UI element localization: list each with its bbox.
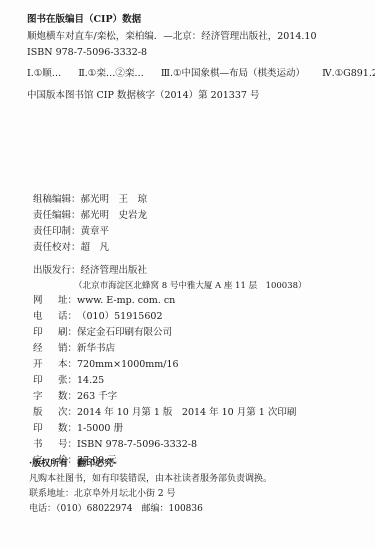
publisher-address: （北京市海淀区北蜂窝 8 号中雅大厦 A 座 11 层 100038）: [74, 280, 307, 292]
detail-value: 14.25: [77, 375, 104, 387]
classification-1: Ⅰ.①顺…: [27, 68, 61, 79]
detail-value: 保定金石印刷有限公司: [77, 327, 172, 339]
detail-row: 印张：14.25: [33, 375, 104, 387]
detail-value: 新华书店: [77, 343, 115, 355]
detail-row: 经销：新华书店: [33, 343, 115, 355]
detail-label-char: 字: [33, 391, 43, 403]
detail-label-char: 次：: [58, 407, 77, 419]
classification-3: Ⅲ.①中国象棋—布局（棋类运动）: [161, 68, 305, 79]
detail-value: 263 千字: [77, 391, 117, 403]
detail-label-char: 版: [33, 407, 43, 419]
publisher-name: 经济管理出版社: [81, 265, 148, 276]
detail-label-char: 印: [33, 423, 43, 435]
detail-row: 印刷：保定金石印刷有限公司: [33, 327, 172, 339]
detail-row: 电话：（010）51915602: [33, 311, 163, 323]
staff-value: 郝光明 王 琼: [81, 194, 148, 205]
cip-title-line: 顺炮横车对直车/栾松，栾柏编．—北京：经济管理出版社，2014.10: [27, 31, 317, 43]
detail-row: 书号：ISBN 978-7-5096-3332-8: [33, 439, 197, 451]
publisher-label: 出版发行：: [33, 265, 81, 276]
detail-value: 720mm×1000mm/16: [77, 359, 179, 371]
detail-label-char: 张：: [58, 375, 77, 387]
staff-row: 组稿编辑：郝光明 王 琼: [33, 194, 147, 206]
cip-heading: 图书在版编目（CIP）数据: [27, 14, 141, 26]
detail-label-char: 话：: [58, 311, 77, 323]
detail-value: 2014 年 10 月第 1 版 2014 年 10 月第 1 次印刷: [77, 407, 296, 419]
staff-label: 责任校对：: [33, 242, 81, 253]
detail-value: www. E-mp. com. cn: [77, 295, 175, 307]
detail-value: 1-5000 册: [77, 423, 123, 435]
copyright-notice: 凡购本社图书，如有印装错误，由本社读者服务部负责调换。: [29, 473, 272, 485]
detail-label-char: 开: [33, 359, 43, 371]
detail-label-char: 数：: [58, 423, 77, 435]
detail-row: 印数：1-5000 册: [33, 423, 123, 435]
detail-label-char: 经: [33, 343, 43, 355]
staff-row: 责任印制：黄章平: [33, 226, 109, 238]
publisher-row: 出版发行：经济管理出版社: [33, 265, 147, 277]
cip-library-record: 中国版本图书馆 CIP 数据核字（2014）第 201337 号: [27, 90, 259, 102]
detail-label-char: 数：: [58, 391, 77, 403]
detail-label-char: 刷：: [58, 327, 77, 339]
staff-value: 郝光明 史岩龙: [81, 210, 148, 221]
staff-row: 责任校对：超 凡: [33, 242, 109, 254]
detail-label-char: 址：: [58, 295, 77, 307]
detail-label-char: 印: [33, 327, 43, 339]
detail-label-char: 印: [33, 375, 43, 387]
detail-label-char: 电: [33, 311, 43, 323]
contact-phone: 电话：（010）68022974 邮编：100836: [29, 503, 203, 515]
staff-value: 黄章平: [81, 226, 110, 237]
detail-value: ISBN 978-7-5096-3332-8: [77, 439, 197, 451]
staff-label: 责任编辑：: [33, 210, 81, 221]
staff-row: 责任编辑：郝光明 史岩龙: [33, 210, 147, 222]
copyright-heading: ·版权所有 翻印必究·: [29, 458, 116, 470]
classification-2: Ⅱ.①栾…②栾…: [78, 68, 144, 79]
detail-label-char: 网: [33, 295, 43, 307]
classification-4: Ⅳ.①G891.2: [322, 68, 375, 79]
staff-value: 超 凡: [81, 242, 110, 253]
staff-label: 责任印制：: [33, 226, 81, 237]
detail-row: 字数：263 千字: [33, 391, 117, 403]
cip-isbn-line: ISBN 978-7-5096-3332-8: [27, 47, 147, 59]
staff-label: 组稿编辑：: [33, 194, 81, 205]
detail-row: 网址：www. E-mp. com. cn: [33, 295, 175, 307]
detail-row: 开本：720mm×1000mm/16: [33, 359, 179, 371]
cip-classification: Ⅰ.①顺… Ⅱ.①栾…②栾… Ⅲ.①中国象棋—布局（棋类运动） Ⅳ.①G891.…: [27, 68, 375, 80]
detail-row: 版次：2014 年 10 月第 1 版 2014 年 10 月第 1 次印刷: [33, 407, 296, 419]
contact-address: 联系地址：北京阜外月坛北小街 2 号: [29, 488, 175, 500]
detail-label-char: 本：: [58, 359, 77, 371]
detail-label-char: 销：: [58, 343, 77, 355]
detail-label-char: 书: [33, 439, 43, 451]
detail-label-char: 号：: [58, 439, 77, 451]
detail-value: （010）51915602: [77, 311, 163, 323]
